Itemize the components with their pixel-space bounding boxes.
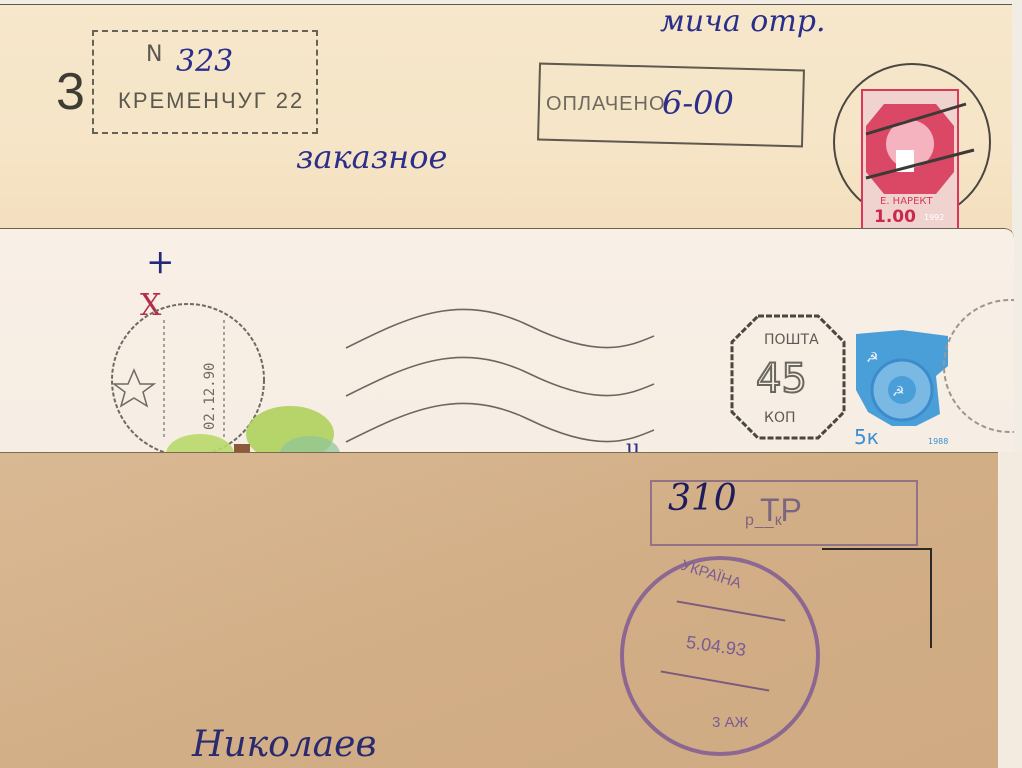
handwritten-plus-mark: +: [146, 242, 175, 282]
partial-postmark-right: [940, 292, 1014, 442]
corner-mark-vertical: [930, 548, 932, 648]
violet-postmark-bottom-text: 3 АЖ: [712, 714, 748, 731]
paid-stamp-label: ОПЛАЧЕНО: [546, 93, 666, 116]
transit-printed-text: ТР: [760, 492, 803, 529]
handwriting-registered: заказное: [296, 138, 447, 176]
middle-envelope-edge: [1000, 452, 1022, 768]
red-postage-stamp-with-postmark: Е. НАРЕКТ 1.00 1992: [826, 54, 1006, 230]
svg-text:☭: ☭: [866, 350, 879, 366]
stamp-country-text: Е. НАРЕКТ: [880, 196, 933, 207]
corner-mark-horizontal: [822, 548, 932, 550]
wavy-cancellation-lines: [340, 296, 660, 446]
registration-number-handwritten: 323: [176, 44, 233, 79]
registration-number-prefix: N: [146, 42, 163, 67]
svg-text:☭: ☭: [892, 384, 905, 400]
handwritten-address: Николаев: [192, 724, 376, 765]
stamp-value: 1.00: [874, 207, 916, 227]
octagon-value: 45: [756, 356, 807, 402]
stamp-year: 1992: [924, 213, 944, 222]
registration-class-digit: 3: [56, 62, 85, 122]
transit-handwritten-number: 310: [668, 478, 737, 519]
handwriting-top-right: мича отр.: [660, 4, 826, 39]
printed-stamp-value: 5к: [854, 425, 879, 449]
paid-amount-handwritten: 6-00: [662, 84, 734, 122]
octagon-top-label: ПОШТА: [764, 332, 819, 348]
registration-city: КРЕМЕНЧУГ 22: [118, 88, 304, 114]
octagon-postage-paid-stamp: ПОШТА 45 КОП: [728, 312, 848, 442]
octagon-unit: КОП: [764, 410, 796, 426]
